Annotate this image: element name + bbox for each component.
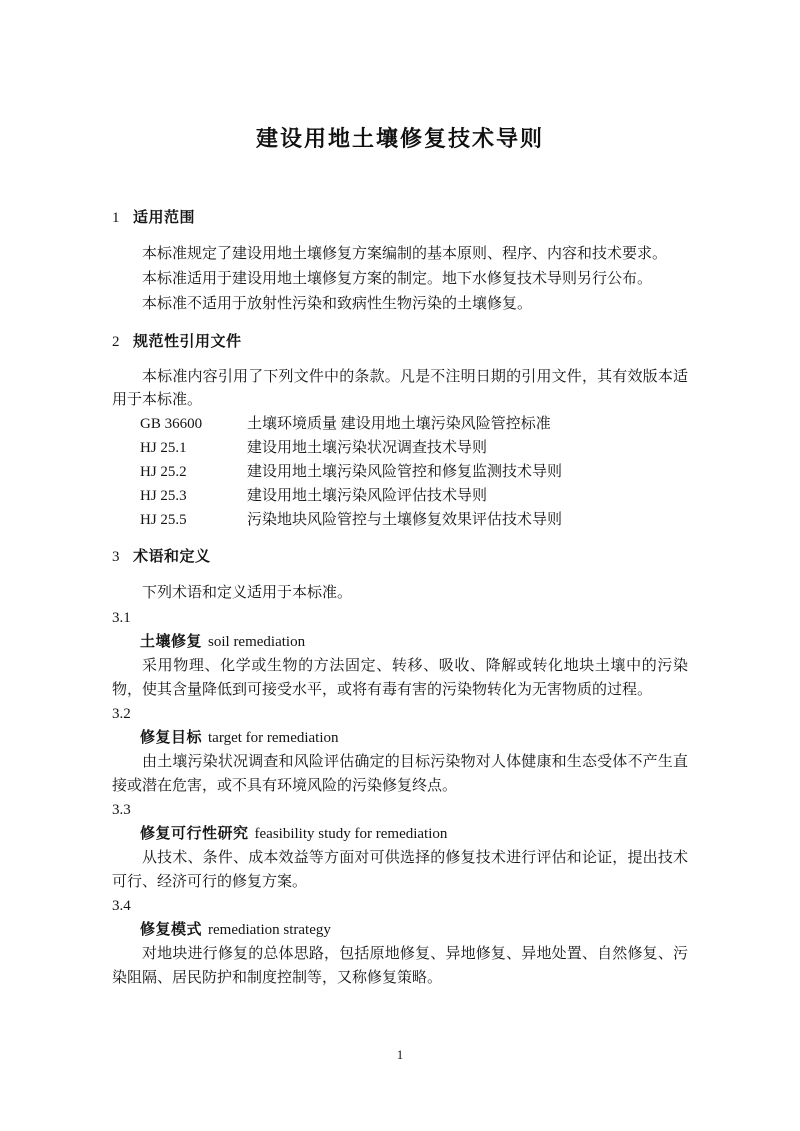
- term-name-zh: 修复模式: [140, 921, 202, 938]
- term-number: 3.1: [112, 606, 688, 630]
- reference-row: HJ 25.1 建设用地土壤污染状况调查技术导则: [112, 436, 688, 460]
- term-block: 3.1 土壤修复soil remediation 采用物理、化学或生物的方法固定…: [112, 606, 688, 702]
- section-title: 规范性引用文件: [133, 333, 242, 350]
- paragraph: 本标准内容引用了下列文件中的条款。凡是不注明日期的引用文件，其有效版本适用于本标…: [112, 366, 688, 412]
- reference-code: HJ 25.3: [140, 484, 247, 508]
- reference-row: GB 36600 土壤环境质量 建设用地土壤污染风险管控标准: [112, 412, 688, 436]
- reference-code: HJ 25.1: [140, 436, 247, 460]
- reference-title: 土壤环境质量 建设用地土壤污染风险管控标准: [247, 412, 688, 436]
- reference-list: GB 36600 土壤环境质量 建设用地土壤污染风险管控标准 HJ 25.1 建…: [112, 412, 688, 532]
- term-number: 3.4: [112, 894, 688, 918]
- section-title: 适用范围: [133, 209, 195, 226]
- term-definition: 对地块进行修复的总体思路，包括原地修复、异地修复、异地处置、自然修复、污染阻隔、…: [112, 942, 688, 990]
- section-number: 1: [112, 206, 133, 230]
- term-name: 修复目标target for remediation: [112, 726, 688, 750]
- paragraph: 本标准规定了建设用地土壤修复方案编制的基本原则、程序、内容和技术要求。: [112, 242, 688, 267]
- paragraph: 本标准适用于建设用地土壤修复方案的制定。地下水修复技术导则另行公布。: [112, 267, 688, 292]
- term-definition: 从技术、条件、成本效益等方面对可供选择的修复技术进行评估和论证，提出技术可行、经…: [112, 846, 688, 894]
- paragraph: 本标准不适用于放射性污染和致病性生物污染的土壤修复。: [112, 292, 688, 317]
- section-terms-heading: 3术语和定义: [112, 545, 688, 569]
- document-content: 建设用地土壤修复技术导则 1适用范围 本标准规定了建设用地土壤修复方案编制的基本…: [0, 0, 800, 990]
- term-name-zh: 修复目标: [140, 729, 202, 746]
- section-number: 3: [112, 545, 133, 569]
- term-block: 3.4 修复模式remediation strategy 对地块进行修复的总体思…: [112, 894, 688, 990]
- term-definition: 采用物理、化学或生物的方法固定、转移、吸收、降解或转化地块土壤中的污染物，使其含…: [112, 654, 688, 702]
- reference-code: HJ 25.5: [140, 508, 247, 532]
- section-title: 术语和定义: [133, 548, 211, 565]
- section-scope-heading: 1适用范围: [112, 206, 688, 230]
- page-number: 1: [0, 1046, 800, 1064]
- reference-title: 建设用地土壤污染风险管控和修复监测技术导则: [247, 460, 688, 484]
- term-block: 3.3 修复可行性研究feasibility study for remedia…: [112, 798, 688, 894]
- reference-title: 污染地块风险管控与土壤修复效果评估技术导则: [247, 508, 688, 532]
- paragraph: 下列术语和定义适用于本标准。: [112, 581, 688, 606]
- term-name-zh: 土壤修复: [140, 633, 202, 650]
- document-title: 建设用地土壤修复技术导则: [112, 122, 688, 156]
- term-name-zh: 修复可行性研究: [140, 825, 249, 842]
- term-name: 修复可行性研究feasibility study for remediation: [112, 822, 688, 846]
- document-page: 建设用地土壤修复技术导则 1适用范围 本标准规定了建设用地土壤修复方案编制的基本…: [0, 0, 800, 1131]
- term-list: 3.1 土壤修复soil remediation 采用物理、化学或生物的方法固定…: [112, 606, 688, 990]
- reference-title: 建设用地土壤污染风险评估技术导则: [247, 484, 688, 508]
- reference-code: HJ 25.2: [140, 460, 247, 484]
- term-name-en: feasibility study for remediation: [255, 826, 448, 842]
- reference-row: HJ 25.5 污染地块风险管控与土壤修复效果评估技术导则: [112, 508, 688, 532]
- section-number: 2: [112, 330, 133, 354]
- section-normative-references: 2规范性引用文件 本标准内容引用了下列文件中的条款。凡是不注明日期的引用文件，其…: [112, 330, 688, 532]
- term-name-en: remediation strategy: [208, 922, 331, 938]
- term-name-en: target for remediation: [208, 730, 339, 746]
- term-block: 3.2 修复目标target for remediation 由土壤污染状况调查…: [112, 702, 688, 798]
- term-name-en: soil remediation: [208, 634, 305, 650]
- term-name: 土壤修复soil remediation: [112, 630, 688, 654]
- section-terms-definitions: 3术语和定义 下列术语和定义适用于本标准。 3.1 土壤修复soil remed…: [112, 545, 688, 990]
- term-number: 3.3: [112, 798, 688, 822]
- reference-code: GB 36600: [140, 412, 247, 436]
- section-scope: 1适用范围 本标准规定了建设用地土壤修复方案编制的基本原则、程序、内容和技术要求…: [112, 206, 688, 317]
- term-number: 3.2: [112, 702, 688, 726]
- reference-row: HJ 25.3 建设用地土壤污染风险评估技术导则: [112, 484, 688, 508]
- reference-title: 建设用地土壤污染状况调查技术导则: [247, 436, 688, 460]
- reference-row: HJ 25.2 建设用地土壤污染风险管控和修复监测技术导则: [112, 460, 688, 484]
- term-name: 修复模式remediation strategy: [112, 918, 688, 942]
- section-references-heading: 2规范性引用文件: [112, 330, 688, 354]
- term-definition: 由土壤污染状况调查和风险评估确定的目标污染物对人体健康和生态受体不产生直接或潜在…: [112, 750, 688, 798]
